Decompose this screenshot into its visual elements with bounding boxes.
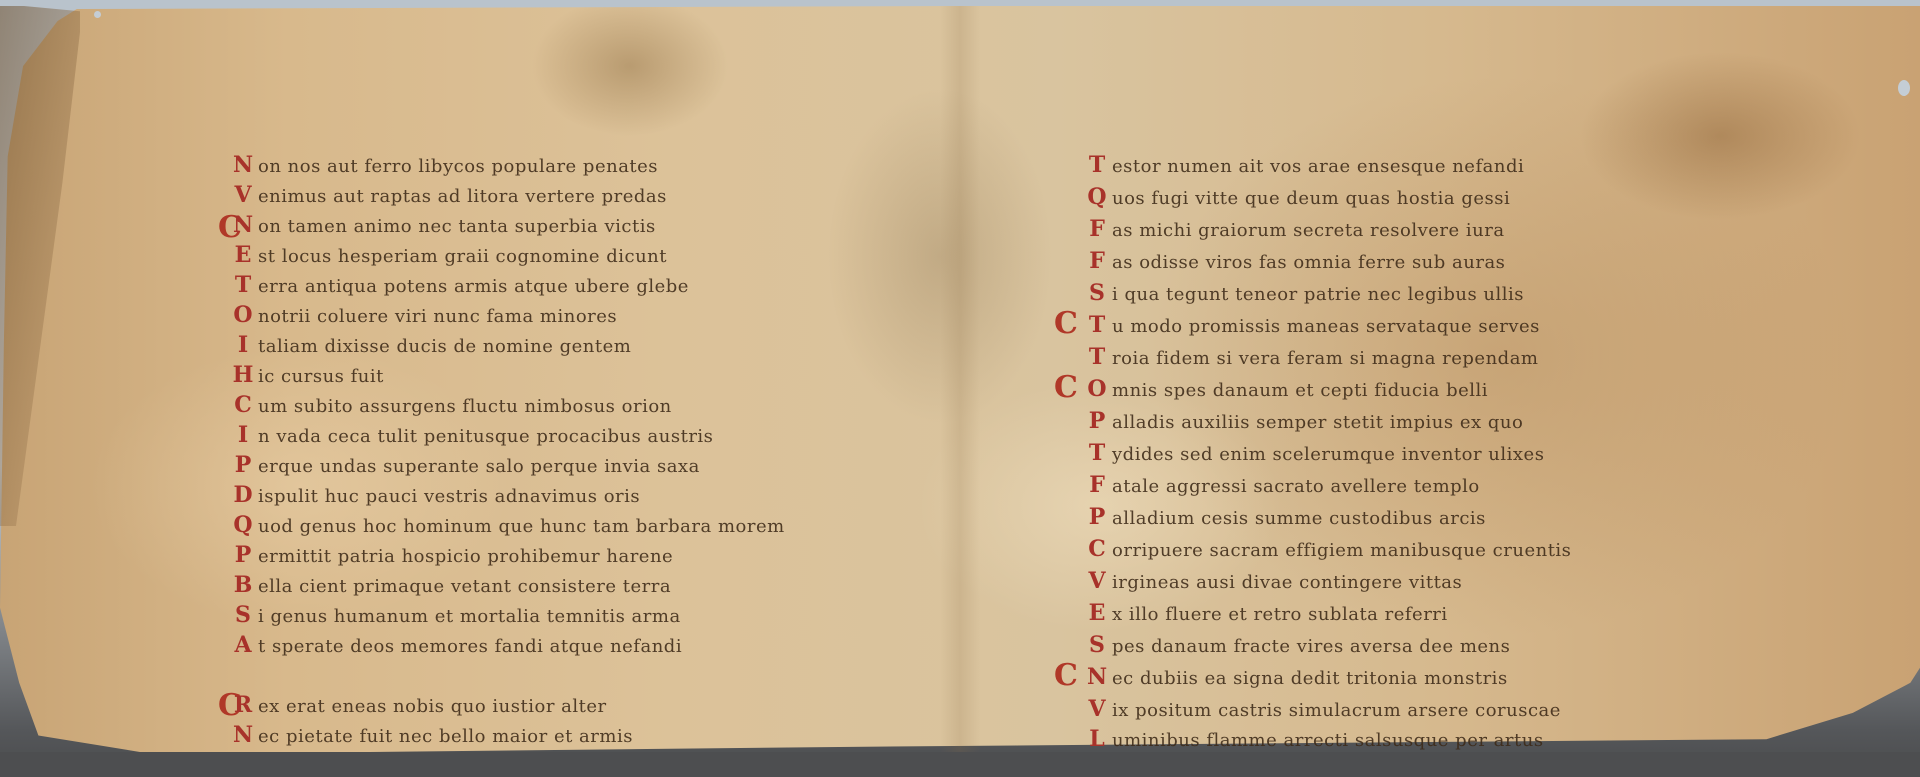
verse-line: In vada ceca tulit penitusque procacibus… (228, 422, 713, 452)
center-fold (940, 6, 980, 756)
verse-line: Fas odisse viros fas omnia ferre sub aur… (1082, 248, 1505, 278)
rubricated-initial: N (228, 722, 258, 748)
verse-text: atale aggressi sacrato avellere templo (1112, 476, 1480, 497)
verse-line: Quos fugi vitte que deum quas hostia ges… (1082, 184, 1510, 214)
rubricated-initial: T (1082, 344, 1112, 370)
paragraph-mark: C (1054, 306, 1078, 341)
verse-text: alladium cesis summe custodibus arcis (1112, 508, 1486, 529)
verse-text: i genus humanum et mortalia temnitis arm… (258, 606, 681, 627)
verse-text: as michi graiorum secreta resolvere iura (1112, 220, 1505, 241)
verse-text: irgineas ausi divae contingere vittas (1112, 572, 1462, 593)
rubricated-initial: D (228, 482, 258, 508)
verse-line: Tydides sed enim scelerumque inventor ul… (1082, 440, 1544, 470)
verse-text: uod genus hoc hominum que hunc tam barba… (258, 516, 785, 537)
verse-line: Hic cursus fuit (228, 362, 384, 392)
rubricated-initial: I (228, 332, 258, 358)
rubricated-initial: V (1082, 696, 1112, 722)
rubricated-initial: F (1082, 472, 1112, 498)
verse-text: ex erat eneas nobis quo iustior alter (258, 696, 607, 717)
verse-text: on tamen animo nec tanta superbia victis (258, 216, 656, 237)
verse-text: ispulit huc pauci vestris adnavimus oris (258, 486, 640, 507)
verse-text: ix positum castris simulacrum arsere cor… (1112, 700, 1561, 721)
rubricated-initial: E (228, 242, 258, 268)
rubricated-initial: R (228, 692, 258, 718)
verse-line: Palladium cesis summe custodibus arcis (1082, 504, 1486, 534)
rubricated-initial: Q (1082, 184, 1112, 210)
rubricated-initial: S (1082, 280, 1112, 306)
rubricated-initial: N (228, 152, 258, 178)
verse-text: as odisse viros fas omnia ferre sub aura… (1112, 252, 1505, 273)
verse-text: x illo fluere et retro sublata referri (1112, 604, 1448, 625)
verse-line: Cum subito assurgens fluctu nimbosus ori… (228, 392, 672, 422)
rubricated-initial: P (228, 542, 258, 568)
table-surface (0, 752, 1920, 777)
verse-text: um subito assurgens fluctu nimbosus orio… (258, 396, 672, 417)
rubricated-initial: S (228, 602, 258, 628)
rubricated-initial: H (228, 362, 258, 388)
verse-text: t sperate deos memores fandi atque nefan… (258, 636, 682, 657)
rubricated-initial: P (228, 452, 258, 478)
rubricated-initial: A (228, 632, 258, 658)
rubricated-initial: O (228, 302, 258, 328)
verse-line: Non tamen animo nec tanta superbia victi… (228, 212, 656, 242)
verse-line: Troia fidem si vera feram si magna repen… (1082, 344, 1539, 374)
verse-line: Rex erat eneas nobis quo iustior alter (228, 692, 607, 722)
rubricated-initial: T (1082, 312, 1112, 338)
verse-text: orripuere sacram effigiem manibusque cru… (1112, 540, 1571, 561)
rubricated-initial: B (228, 572, 258, 598)
verse-line: Tu modo promissis maneas servataque serv… (1082, 312, 1540, 342)
verse-text: ic cursus fuit (258, 366, 384, 387)
verse-text: uos fugi vitte que deum quas hostia gess… (1112, 188, 1510, 209)
verse-text: ydides sed enim scelerumque inventor uli… (1112, 444, 1544, 465)
verse-line: Palladis auxiliis semper stetit impius e… (1082, 408, 1523, 438)
rubricated-initial: L (1082, 726, 1112, 752)
rubricated-initial: P (1082, 504, 1112, 530)
verse-text: enimus aut raptas ad litora vertere pred… (258, 186, 667, 207)
verse-text: ec pietate fuit nec bello maior et armis (258, 726, 633, 747)
verse-text: roia fidem si vera feram si magna repend… (1112, 348, 1539, 369)
rubricated-initial: V (228, 182, 258, 208)
verse-text: alladis auxiliis semper stetit impius ex… (1112, 412, 1523, 433)
verse-line: Corripuere sacram effigiem manibusque cr… (1082, 536, 1571, 566)
rubricated-initial: N (228, 212, 258, 238)
verse-line: Quod genus hoc hominum que hunc tam barb… (228, 512, 785, 542)
verse-line: Bella cient primaque vetant consistere t… (228, 572, 671, 602)
verse-line: Ex illo fluere et retro sublata referri (1082, 600, 1448, 630)
verse-line: Si genus humanum et mortalia temnitis ar… (228, 602, 681, 632)
verse-text: on nos aut ferro libycos populare penate… (258, 156, 658, 177)
verse-text: erque undas superante salo perque invia … (258, 456, 700, 477)
verse-line: Dispulit huc pauci vestris adnavimus ori… (228, 482, 640, 512)
verse-line: Luminibus flamme arrecti salsusque per a… (1082, 726, 1544, 756)
rubricated-initial: O (1082, 376, 1112, 402)
rubricated-initial: V (1082, 568, 1112, 594)
verse-line: Venimus aut raptas ad litora vertere pre… (228, 182, 667, 212)
parchment-hole (1898, 80, 1910, 96)
rubricated-initial: S (1082, 632, 1112, 658)
rubricated-initial: T (1082, 152, 1112, 178)
rubricated-initial: F (1082, 248, 1112, 274)
rubricated-initial: F (1082, 216, 1112, 242)
rubricated-initial: T (1082, 440, 1112, 466)
verse-line: Italiam dixisse ducis de nomine gentem (228, 332, 631, 362)
verse-line: Nec dubiis ea signa dedit tritonia monst… (1082, 664, 1508, 694)
verse-line: Non nos aut ferro libycos populare penat… (228, 152, 658, 182)
paragraph-mark: C (1054, 370, 1078, 405)
rubricated-initial: C (1082, 536, 1112, 562)
verse-text: notrii coluere viri nunc fama minores (258, 306, 617, 327)
rubricated-initial: P (1082, 408, 1112, 434)
rubricated-initial: I (228, 422, 258, 448)
verse-line: Omnis spes danaum et cepti fiducia belli (1082, 376, 1488, 406)
verse-text: mnis spes danaum et cepti fiducia belli (1112, 380, 1488, 401)
verse-line: At sperate deos memores fandi atque nefa… (228, 632, 682, 662)
rubricated-initial: E (1082, 600, 1112, 626)
verse-text: ella cient primaque vetant consistere te… (258, 576, 671, 597)
verse-text: u modo promissis maneas servataque serve… (1112, 316, 1540, 337)
verse-text: n vada ceca tulit penitusque procacibus … (258, 426, 713, 447)
verse-text: pes danaum fracte vires aversa dee mens (1112, 636, 1510, 657)
verse-text: i qua tegunt teneor patrie nec legibus u… (1112, 284, 1524, 305)
rubricated-initial: T (228, 272, 258, 298)
verse-line: Fas michi graiorum secreta resolvere iur… (1082, 216, 1505, 246)
verse-line: Perque undas superante salo perque invia… (228, 452, 700, 482)
verse-line: Permittit patria hospicio prohibemur har… (228, 542, 673, 572)
verse-line: Testor numen ait vos arae ensesque nefan… (1082, 152, 1524, 182)
rubricated-initial: N (1082, 664, 1112, 690)
verse-text: uminibus flamme arrecti salsusque per ar… (1112, 730, 1544, 751)
verse-text: taliam dixisse ducis de nomine gentem (258, 336, 631, 357)
verse-text: estor numen ait vos arae ensesque nefand… (1112, 156, 1524, 177)
verse-line: Spes danaum fracte vires aversa dee mens (1082, 632, 1510, 662)
paragraph-mark: C (1054, 658, 1078, 693)
verse-text: ec dubiis ea signa dedit tritonia monstr… (1112, 668, 1508, 689)
verse-line: Virgineas ausi divae contingere vittas (1082, 568, 1462, 598)
verse-line: Est locus hesperiam graii cognomine dicu… (228, 242, 667, 272)
verse-text: erra antiqua potens armis atque ubere gl… (258, 276, 689, 297)
rubricated-initial: C (228, 392, 258, 418)
verse-line: Nec pietate fuit nec bello maior et armi… (228, 722, 633, 752)
parchment-hole (94, 11, 101, 18)
verse-text: st locus hesperiam graii cognomine dicun… (258, 246, 667, 267)
verse-line: Fatale aggressi sacrato avellere templo (1082, 472, 1480, 502)
verse-line: Onotrii coluere viri nunc fama minores (228, 302, 617, 332)
verse-line: Si qua tegunt teneor patrie nec legibus … (1082, 280, 1524, 310)
verse-line: Vix positum castris simulacrum arsere co… (1082, 696, 1561, 726)
rubricated-initial: Q (228, 512, 258, 538)
verse-text: ermittit patria hospicio prohibemur hare… (258, 546, 673, 567)
verse-line: Terra antiqua potens armis atque ubere g… (228, 272, 689, 302)
